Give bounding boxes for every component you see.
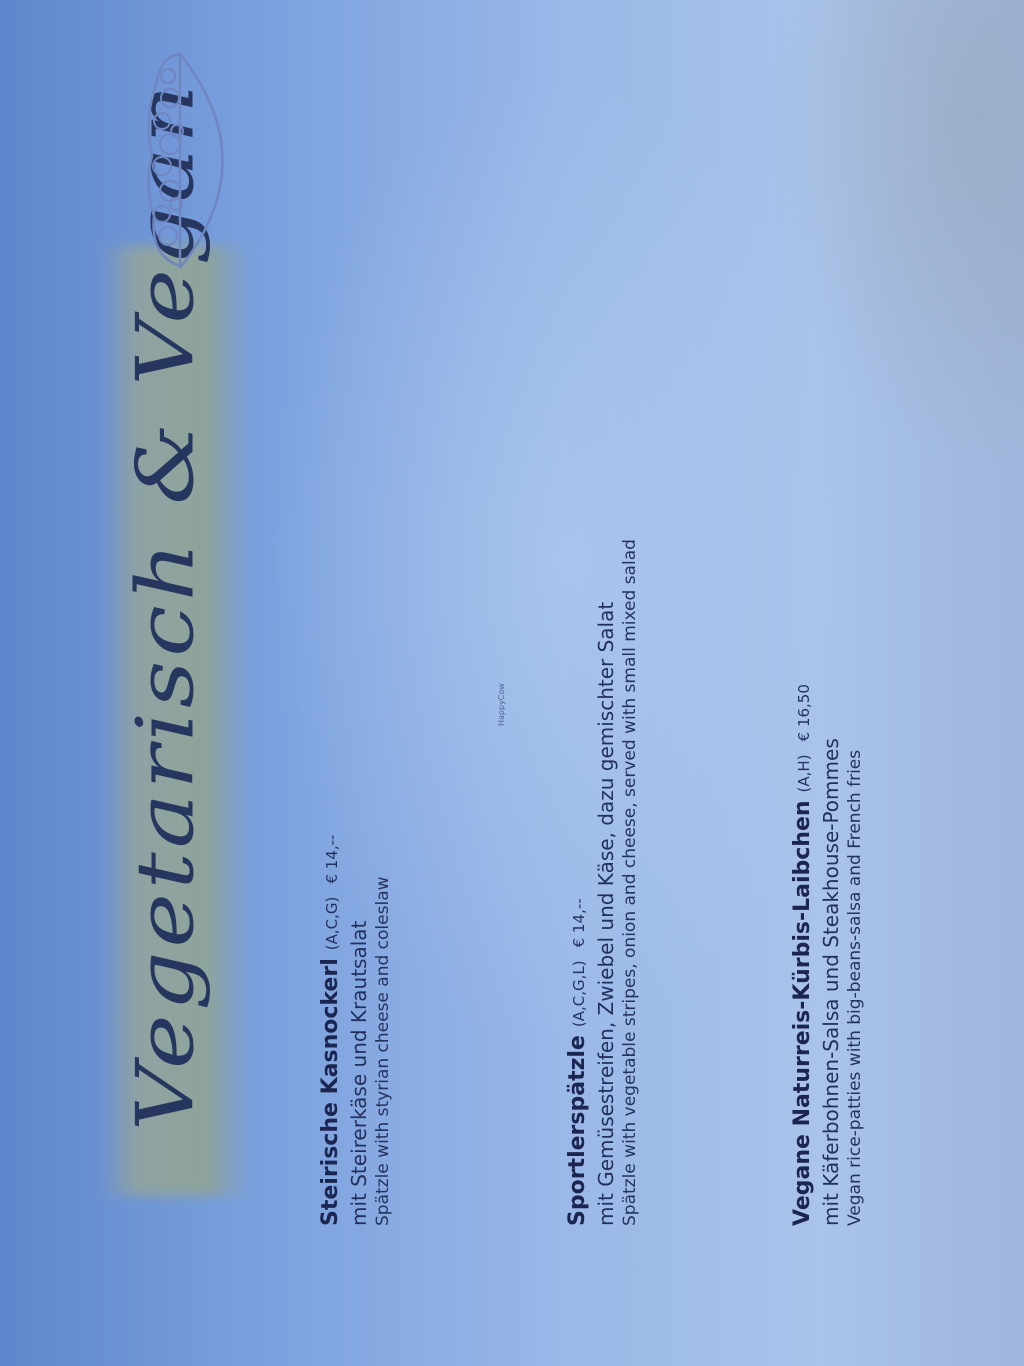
dish-allergens: (A,H)	[795, 754, 813, 792]
dish-allergens: (A,C,G,L)	[570, 960, 588, 1027]
dish-name: Sportlerspätzle	[565, 1035, 590, 1226]
dish-price: € 14,--	[570, 898, 588, 947]
dish-name: Vegane Naturreis-Kürbis-Laibchen	[790, 800, 815, 1226]
dish-allergens: (A,C,G)	[323, 897, 341, 951]
dish-description-en: Vegan rice-patties with big-beans-salsa …	[845, 684, 865, 1226]
dish-description-en: Spätzle with vegetable stripes, onion an…	[620, 539, 640, 1226]
salad-bowl-icon	[140, 46, 260, 276]
dish-description-de: mit Gemüsestreifen, Zwiebel und Käse, da…	[594, 539, 618, 1226]
dish-description-de: mit Steirerkäse und Krautsalat	[347, 835, 371, 1226]
dish-description-en: Spätzle with styrian cheese and coleslaw	[373, 835, 393, 1226]
watermark: HappyCow	[497, 683, 506, 726]
dish-price: € 16,50	[795, 684, 813, 741]
menu-page: Vegetarisch & Vegan Steirische Kasnocker…	[0, 0, 1024, 1366]
dish-description-de: mit Käferbohnen-Salsa und Steakhouse-Pom…	[819, 684, 843, 1226]
menu-photo: Vegetarisch & Vegan Steirische Kasnocker…	[0, 0, 1024, 1366]
menu-item: Steirische Kasnockerl(A,C,G) € 14,-- mit…	[318, 835, 393, 1226]
dish-name: Steirische Kasnockerl	[318, 958, 343, 1226]
dish-price: € 14,--	[323, 835, 341, 884]
menu-item: Vegane Naturreis-Kürbis-Laibchen(A,H) € …	[790, 684, 865, 1226]
menu-item: Sportlerspätzle(A,C,G,L) € 14,-- mit Gem…	[565, 539, 640, 1226]
